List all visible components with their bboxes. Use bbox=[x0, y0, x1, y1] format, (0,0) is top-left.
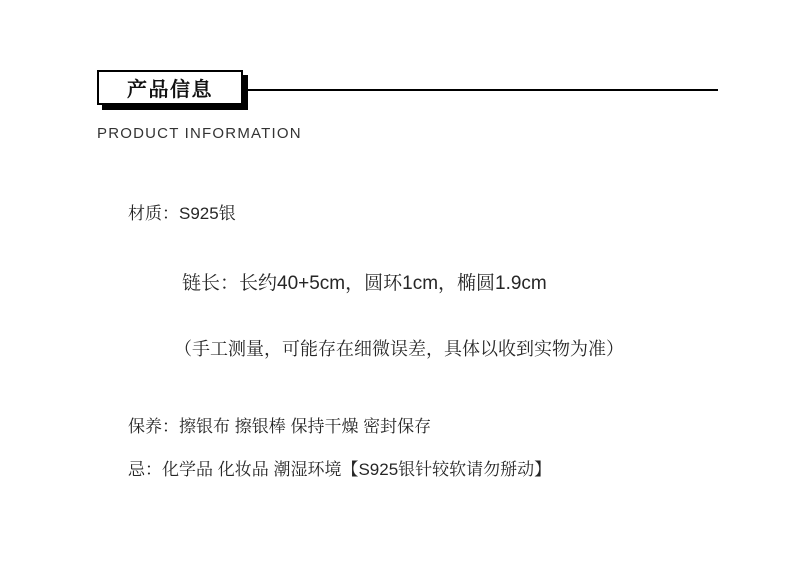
page-title: 产品信息 bbox=[127, 73, 213, 102]
care-instructions-line: 保养：擦银布 擦银棒 保持干燥 密封保存 bbox=[128, 417, 431, 437]
product-info-title-box: 产品信息 bbox=[97, 70, 243, 105]
product-info-page: 产品信息 PRODUCT INFORMATION 材质：S925银 链长：长约4… bbox=[0, 0, 790, 576]
chain-length-line: 链长：长约40+5cm，圆环1cm，椭圆1.9cm bbox=[182, 273, 547, 296]
title-underline-rule bbox=[240, 89, 718, 91]
measurement-note-line: （手工测量，可能存在细微误差，具体以收到实物为准） bbox=[174, 339, 624, 361]
avoid-warning-line: 忌：化学品 化妆品 潮湿环境【S925银针较软请勿掰动】 bbox=[128, 460, 551, 480]
material-line: 材质：S925银 bbox=[128, 204, 236, 224]
page-subtitle: PRODUCT INFORMATION bbox=[97, 125, 302, 142]
